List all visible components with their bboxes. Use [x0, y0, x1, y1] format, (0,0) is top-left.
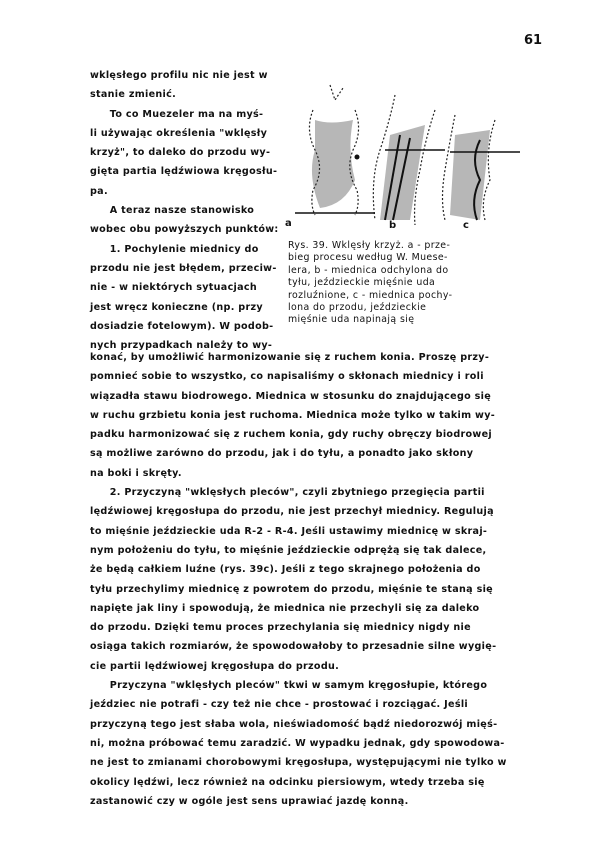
text-line: gięta partia lędźwiowa kręgosłu- — [90, 162, 270, 181]
caption-line: bieg procesu według W. Muese- — [288, 252, 452, 264]
caption-line: Rys. 39. Wklęsły krzyż. a - prze- — [288, 240, 452, 252]
page-number: 61 — [524, 33, 542, 48]
text-line: cie partii lędźwiowej kręgosłupa do przo… — [90, 657, 520, 676]
caption-line: lera, b - miednica odchylona do — [288, 265, 452, 277]
text-line: wiązadła stawu biodrowego. Miednica w st… — [90, 387, 520, 406]
text-line: To co Muezeler ma na myś- — [90, 105, 270, 124]
pelvis-tilt-diagram-icon — [285, 80, 525, 230]
text-line: A teraz nasze stanowisko — [90, 201, 270, 220]
text-line: krzyż", to daleko do przodu wy- — [90, 143, 270, 162]
text-line: 2. Przyczyną "wklęsłych pleców", czyli z… — [90, 483, 520, 502]
text-line: pa. — [90, 182, 270, 201]
text-line: 1. Pochylenie miednicy do — [90, 240, 270, 259]
text-line: ni, można próbować temu zaradzić. W wypa… — [90, 734, 520, 753]
text-line: w ruchu grzbietu konia jest ruchoma. Mie… — [90, 406, 520, 425]
text-line: to mięśnie jeździeckie uda R-2 - R-4. Je… — [90, 522, 520, 541]
text-line: jest wręcz konieczne (np. przy — [90, 298, 270, 317]
text-line: okolicy lędźwi, lecz również na odcinku … — [90, 773, 520, 792]
text-line: Przyczyna "wklęsłych pleców" tkwi w samy… — [90, 676, 520, 695]
text-line: wobec obu powyższych punktów: — [90, 220, 270, 239]
caption-line: tyłu, jeździeckie mięśnie uda — [288, 277, 452, 289]
text-line: zastanowić czy w ogóle jest sens uprawia… — [90, 792, 520, 811]
full-width-text: konać, by umożliwić harmonizowanie się z… — [90, 348, 520, 811]
caption-line: lona do przodu, jeździeckie — [288, 302, 452, 314]
text-line: stanie zmienić. — [90, 85, 270, 104]
text-line: że będą całkiem luźne (rys. 39c). Jeśli … — [90, 560, 520, 579]
left-column-text: wklęsłego profilu nic nie jest wstanie z… — [90, 66, 270, 355]
text-line: pomnieć sobie to wszystko, co napisaliśm… — [90, 367, 520, 386]
text-line: konać, by umożliwić harmonizowanie się z… — [90, 348, 520, 367]
caption-line: rozluźnione, c - miednica pochy- — [288, 290, 452, 302]
figure-label-b: b — [389, 220, 396, 231]
figure-label-a: a — [285, 218, 292, 229]
text-line: przyczyną tego jest słaba wola, nieświad… — [90, 715, 520, 734]
text-line: padku harmonizować się z ruchem konia, g… — [90, 425, 520, 444]
text-line: lędźwiowej kręgosłupa do przodu, nie jes… — [90, 502, 520, 521]
text-line: wklęsłego profilu nic nie jest w — [90, 66, 270, 85]
text-line: ne jest to zmianami chorobowymi kręgosłu… — [90, 753, 520, 772]
figure-illustration: a b c — [285, 80, 525, 230]
text-line: do przodu. Dzięki temu proces przechylan… — [90, 618, 520, 637]
text-line: napięte jak liny i spowodują, że miednic… — [90, 599, 520, 618]
text-line: na boki i skręty. — [90, 464, 520, 483]
text-line: dosiadzie fotelowym). W podob- — [90, 317, 270, 336]
text-line: nie - w niektórych sytuacjach — [90, 278, 270, 297]
text-line: li używając określenia "wklęsły — [90, 124, 270, 143]
text-line: przodu nie jest błędem, przeciw- — [90, 259, 270, 278]
text-line: są możliwe zarówno do przodu, jak i do t… — [90, 444, 520, 463]
caption-line: mięśnie uda napinają się — [288, 314, 452, 326]
text-line: osiąga takich rozmiarów, że spowodowałob… — [90, 637, 520, 656]
figure-caption: Rys. 39. Wklęsły krzyż. a - prze-bieg pr… — [288, 240, 452, 327]
figure-label-c: c — [463, 220, 469, 231]
text-line: nym położeniu do tyłu, to mięśnie jeździ… — [90, 541, 520, 560]
text-line: jeździec nie potrafi - czy też nie chce … — [90, 695, 520, 714]
text-line: tyłu przechylimy miednicę z powrotem do … — [90, 580, 520, 599]
